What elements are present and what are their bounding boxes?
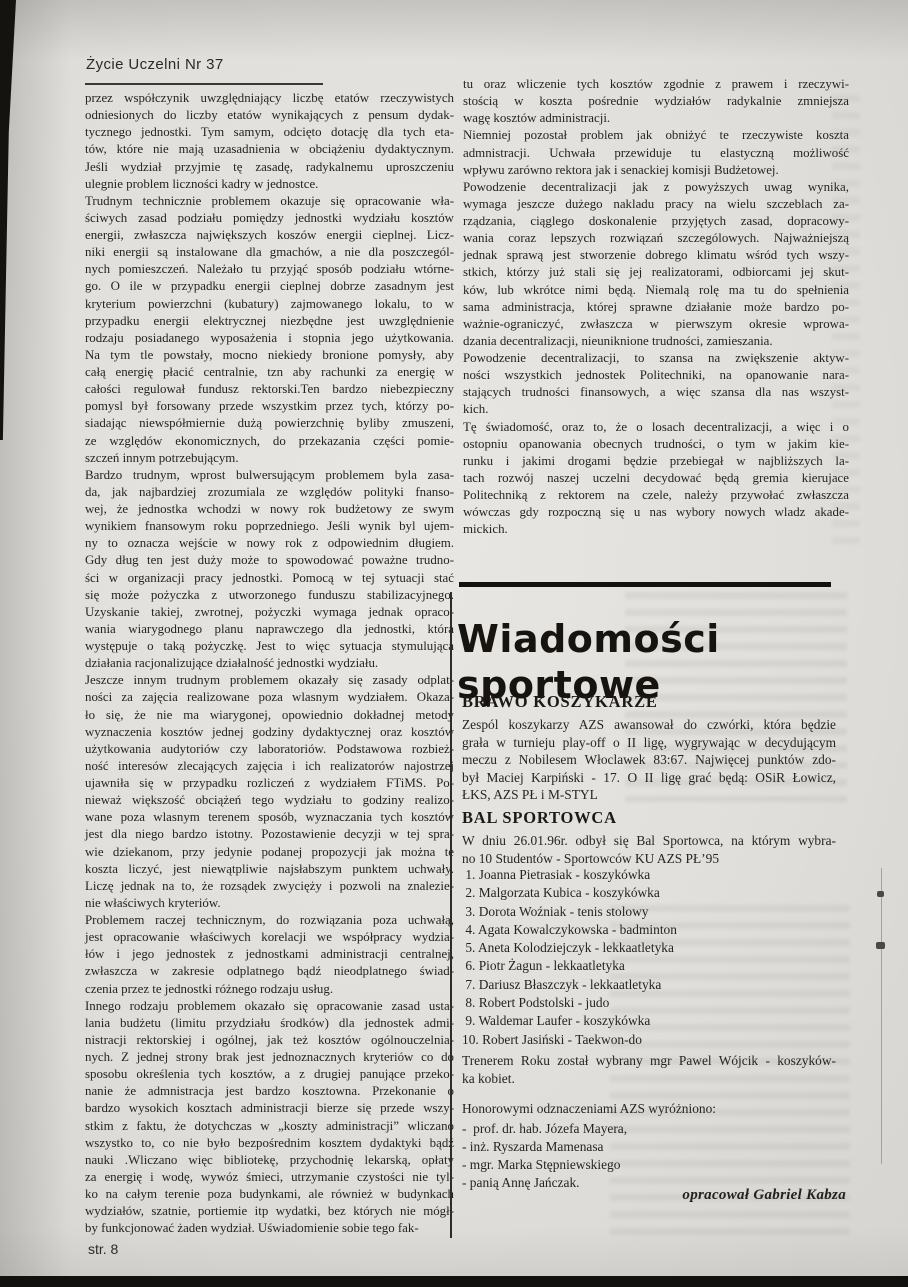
column-divider-rule — [450, 592, 452, 1238]
bal-sportowca-heading: BAL SPORTOWCA — [462, 808, 617, 828]
scanned-newsletter-page: Życie Uczelni Nr 37 przez współczynik uw… — [0, 0, 908, 1287]
bal-intro-paragraph: W dniu 26.01.96r. odbył się Bal Sportowc… — [462, 832, 836, 867]
athletes-list: 1. Joanna Pietrasiak - koszykówka 2. Mal… — [462, 866, 836, 1049]
scan-edge-artifact-left — [0, 0, 16, 440]
sports-section-rule — [459, 582, 831, 587]
trainer-of-year-note: Trenerem Roku został wybrany mgr Pawel W… — [462, 1052, 836, 1087]
author-credit: opracował Gabriel Kabza — [463, 1186, 846, 1205]
brawo-koszykarze-heading: BRAWO KOSZYKARZE — [462, 692, 658, 712]
page-number: str. 8 — [88, 1241, 118, 1258]
header-rule — [85, 83, 323, 85]
paper-crease-mark — [876, 942, 885, 949]
brawo-paragraph: Zespól koszykarzy AZS awansował do czwór… — [462, 716, 836, 804]
article-left-column: przez współczynik uwzględniający liczbę … — [85, 90, 454, 1237]
article-right-column: tu oraz wliczenie tych kosztów zgodnie z… — [463, 76, 849, 538]
scan-edge-artifact-bottom — [0, 1276, 908, 1287]
honors-list: - prof. dr. hab. Józefa Mayera,- inż. Ry… — [462, 1120, 836, 1192]
paper-crease-artifact — [881, 868, 882, 1164]
page-header: Życie Uczelni Nr 37 — [86, 56, 224, 74]
honors-intro: Honorowymi odznaczeniami AZS wyróżniono: — [462, 1100, 836, 1118]
paper-crease-mark — [877, 891, 884, 897]
